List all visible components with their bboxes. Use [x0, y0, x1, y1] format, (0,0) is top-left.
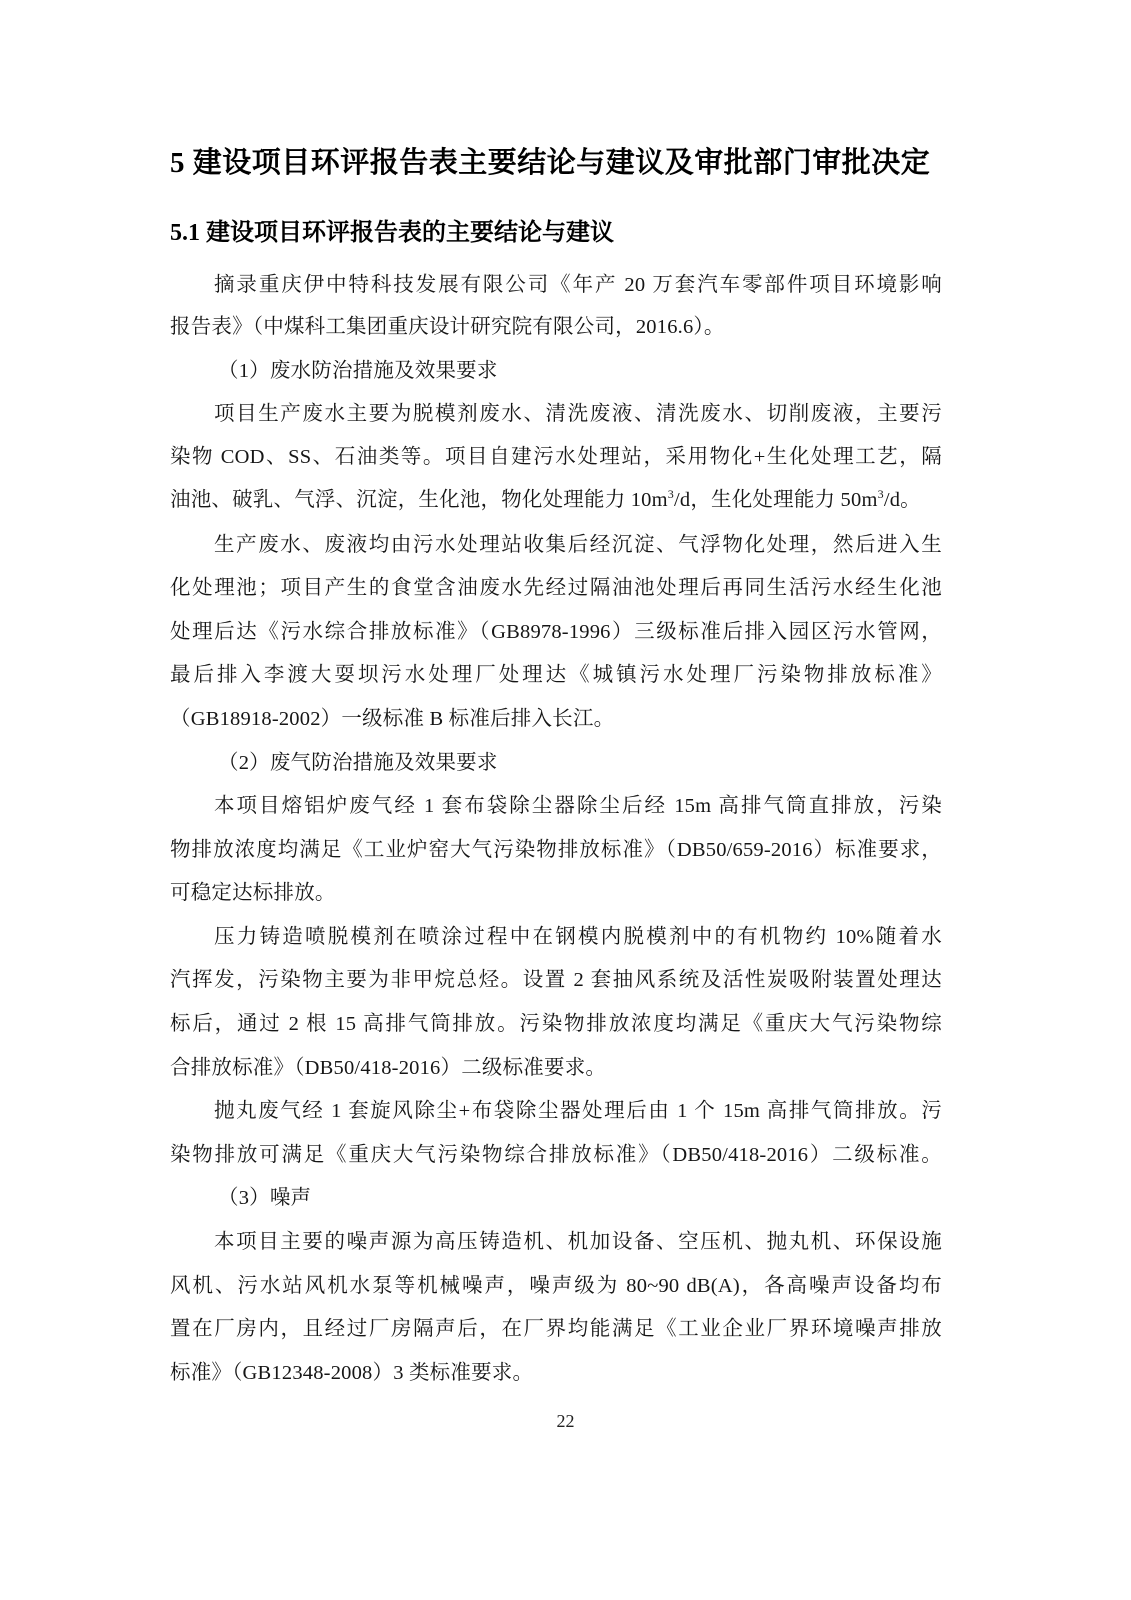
- wastewater-line-3c: /d。: [884, 489, 921, 511]
- wastewater-line-1: 项目生产废水主要为脱模剂废水、清洗废液、清洗废水、切削废液，主要污: [214, 399, 942, 429]
- wastewater-p2-line-5: （GB18918-2002）一级标准 B 标准后排入长江。: [170, 704, 942, 734]
- noise-line-2: 风机、污水站风机水泵等机械噪声，噪声级为 80~90 dB(A)，各高噪声设备均…: [170, 1271, 942, 1301]
- wastewater-line-3a: 油池、破乳、气浮、沉淀，生化池，物化处理能力 10m: [170, 489, 668, 511]
- gas-p3-line-1: 抛丸废气经 1 套旋风除尘+布袋除尘器处理后由 1 个 15m 高排气筒排放。污: [214, 1096, 942, 1126]
- document-page: 5 建设项目环评报告表主要结论与建议及审批部门审批决定 5.1 建设项目环评报告…: [0, 0, 1131, 1600]
- gas-p1-line-2: 物排放浓度均满足《工业炉窑大气污染物排放标准》（DB50/659-2016）标准…: [170, 835, 942, 865]
- gas-p1-line-3: 可稳定达标排放。: [170, 878, 942, 908]
- wastewater-line-3: 油池、破乳、气浮、沉淀，生化池，物化处理能力 10m3/d，生化处理能力 50m…: [170, 485, 942, 515]
- section-title: 5.1 建设项目环评报告表的主要结论与建议: [170, 216, 614, 250]
- noise-line-3: 置在厂房内，且经过厂房隔声后，在厂界均能满足《工业企业厂界环境噪声排放: [170, 1314, 942, 1344]
- page-number: 22: [0, 1408, 1131, 1434]
- wastewater-p2-line-3: 处理后达《污水综合排放标准》（GB8978-1996）三级标准后排入园区污水管网…: [170, 617, 942, 647]
- gas-p1-line-1: 本项目熔铝炉废气经 1 套布袋除尘器除尘后经 15m 高排气筒直排放，污染: [214, 791, 942, 821]
- wastewater-p2-line-4: 最后排入李渡大耍坝污水处理厂处理达《城镇污水处理厂污染物排放标准》: [170, 660, 942, 690]
- wastewater-line-3b: /d，生化处理能力 50m: [674, 489, 878, 511]
- intro-line-1: 摘录重庆伊中特科技发展有限公司《年产 20 万套汽车零部件项目环境影响: [214, 270, 942, 300]
- wastewater-line-2: 染物 COD、SS、石油类等。项目自建污水处理站，采用物化+生化处理工艺，隔: [170, 442, 942, 472]
- gas-p2-line-3: 标后，通过 2 根 15 高排气筒排放。污染物排放浓度均满足《重庆大气污染物综: [170, 1009, 942, 1039]
- chapter-title: 5 建设项目环评报告表主要结论与建议及审批部门审批决定: [170, 143, 942, 183]
- subheading-noise: （3）噪声: [218, 1183, 946, 1213]
- gas-p2-line-4: 合排放标准》（DB50/418-2016）二级标准要求。: [170, 1053, 942, 1083]
- subheading-wastewater: （1）废水防治措施及效果要求: [218, 356, 946, 386]
- wastewater-p2-line-1: 生产废水、废液均由污水处理站收集后经沉淀、气浮物化处理，然后进入生: [214, 530, 942, 560]
- noise-line-4: 标准》（GB12348-2008）3 类标准要求。: [170, 1358, 942, 1388]
- gas-p2-line-1: 压力铸造喷脱模剂在喷涂过程中在钢模内脱模剂中的有机物约 10%随着水: [214, 922, 942, 952]
- intro-line-2: 报告表》（中煤科工集团重庆设计研究院有限公司，2016.6）。: [170, 312, 942, 342]
- gas-p2-line-2: 汽挥发，污染物主要为非甲烷总烃。设置 2 套抽风系统及活性炭吸附装置处理达: [170, 965, 942, 995]
- gas-p3-line-2: 染物排放可满足《重庆大气污染物综合排放标准》（DB50/418-2016）二级标…: [170, 1140, 942, 1170]
- noise-line-1: 本项目主要的噪声源为高压铸造机、机加设备、空压机、抛丸机、环保设施: [214, 1227, 942, 1257]
- subheading-exhaust-gas: （2）废气防治措施及效果要求: [218, 748, 946, 778]
- wastewater-p2-line-2: 化处理池；项目产生的食堂含油废水先经过隔油池处理后再同生活污水经生化池: [170, 573, 942, 603]
